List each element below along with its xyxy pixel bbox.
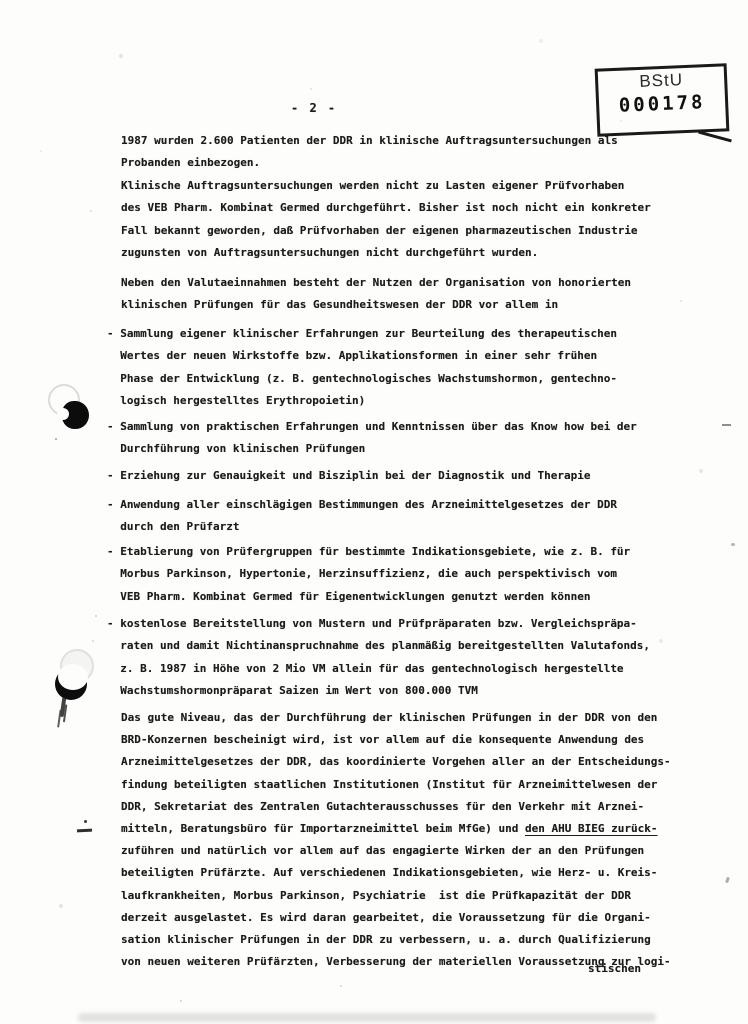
text-line: BRD-Konzernen bescheinigt wird, ist vor … xyxy=(121,729,671,751)
text-line: Das gute Niveau, das der Durchführung de… xyxy=(121,707,671,729)
page-number: - 2 - xyxy=(291,101,337,115)
bullet-item-knowhow: - Sammlung von praktischen Erfahrungen u… xyxy=(107,416,637,461)
ahu-line-prefix: mitteln, Beratungsbüro für Importarzneim… xyxy=(121,822,525,835)
text-line: Klinische Auftragsuntersuchungen werden … xyxy=(121,175,651,197)
text-line: VEB Pharm. Kombinat Germed für Eigenentw… xyxy=(107,586,630,608)
text-line: durch den Prüfarzt xyxy=(107,516,617,538)
text-line: klinischen Prüfungen für das Gesundheits… xyxy=(121,294,631,316)
text-line: Neben den Valutaeinnahmen besteht der Nu… xyxy=(121,272,631,294)
text-line: 1987 wurden 2.600 Patienten der DDR in k… xyxy=(121,130,651,152)
text-line: Wertes der neuen Wirkstoffe bzw. Applika… xyxy=(107,345,617,367)
text-line: des VEB Pharm. Kombinat Germed durchgefü… xyxy=(121,197,651,219)
text-line-ahu-bieg: mitteln, Beratungsbüro für Importarzneim… xyxy=(121,818,671,840)
scanned-document-page: - 2 - BStU 000178 1987 wurden 2.600 Pati… xyxy=(0,0,748,1024)
paragraph-niveau-part1: Das gute Niveau, das der Durchführung de… xyxy=(121,707,671,818)
ink-scribble-mark xyxy=(60,697,67,717)
bullet-item-etablierung: - Etablierung von Prüfergruppen für best… xyxy=(107,541,630,608)
bstu-stamp: BStU 000178 xyxy=(595,63,730,136)
text-line: Arzneimittelgesetzes der DDR, das koordi… xyxy=(121,751,671,773)
text-line: Phase der Entwicklung (z. B. gentechnolo… xyxy=(107,368,617,390)
text-line: laufkrankheiten, Morbus Parkinson, Psych… xyxy=(121,885,671,907)
text-line: z. B. 1987 in Höhe von 2 Mio VM allein f… xyxy=(107,658,650,680)
text-line: zuführen und natürlich vor allem auf das… xyxy=(121,840,671,862)
paragraph-valuta-intro: Neben den Valutaeinnahmen besteht der Nu… xyxy=(121,272,631,317)
text-line: Probanden einbezogen. xyxy=(121,152,651,174)
paragraph-niveau: Das gute Niveau, das der Durchführung de… xyxy=(121,707,671,973)
stamp-serial-number: 000178 xyxy=(599,90,726,117)
text-line: derzeit ausgelastet. Es wird daran gearb… xyxy=(121,907,671,929)
text-line: Wachstumshormonpräparat Saizen im Wert v… xyxy=(107,680,650,702)
text-line: - kostenlose Bereitstellung von Mustern … xyxy=(107,613,650,635)
margin-dot-mark xyxy=(84,820,87,823)
text-line: Fall bekannt geworden, daß Prüfvorhaben … xyxy=(121,220,651,242)
right-margin-mark-2 xyxy=(731,543,735,546)
right-margin-mark-1 xyxy=(722,424,731,426)
text-line: - Sammlung von praktischen Erfahrungen u… xyxy=(107,416,637,438)
text-line: sation klinischer Prüfungen in der DDR z… xyxy=(121,929,671,951)
text-line: - Etablierung von Prüfergruppen für best… xyxy=(107,541,630,563)
hole-punch-mark-1-notch xyxy=(57,408,69,420)
hole-punch-mark-2-mask xyxy=(58,664,88,690)
scan-shadow-bar xyxy=(78,1013,656,1022)
stamp-org-label: BStU xyxy=(598,68,725,93)
paragraph-patients: 1987 wurden 2.600 Patienten der DDR in k… xyxy=(121,130,651,264)
text-line: DDR, Sekretariat des Zentralen Gutachter… xyxy=(121,796,671,818)
ahu-bieg-underlined: den AHU BIEG zurück- xyxy=(525,822,657,835)
text-line: beteiligten Prüfärzte. Auf verschiedenen… xyxy=(121,862,671,884)
bullet-item-sammlung-erfahrungen: - Sammlung eigener klinischer Erfahrunge… xyxy=(107,323,617,413)
text-line: - Erziehung zur Genauigkeit und Biszipli… xyxy=(107,465,590,487)
text-line: raten und damit Nichtinanspruchnahme des… xyxy=(107,635,650,657)
stamp-border-tail xyxy=(698,131,732,143)
bullet-item-kostenlose-bereitstellung: - kostenlose Bereitstellung von Mustern … xyxy=(107,613,650,703)
text-line: Durchführung von klinischen Prüfungen xyxy=(107,438,637,460)
paragraph-niveau-part2: zuführen und natürlich vor allem auf das… xyxy=(121,840,671,973)
text-line: zugunsten von Auftragsuntersuchungen nic… xyxy=(121,242,651,264)
text-line: - Anwendung aller einschlägigen Bestimmu… xyxy=(107,494,617,516)
paper-noise xyxy=(0,0,2,2)
text-line: - Sammlung eigener klinischer Erfahrunge… xyxy=(107,323,617,345)
right-margin-mark-3 xyxy=(725,877,730,884)
bullet-item-erziehung: - Erziehung zur Genauigkeit und Biszipli… xyxy=(107,465,590,487)
margin-dash-mark xyxy=(77,829,92,832)
text-line: logisch hergestelltes Erythropoietin) xyxy=(107,390,617,412)
bullet-item-anwendung: - Anwendung aller einschlägigen Bestimmu… xyxy=(107,494,617,539)
overflow-word-stischen: stischen xyxy=(588,962,641,975)
text-line: findung beteiligten staatlichen Institut… xyxy=(121,774,671,796)
text-line: Morbus Parkinson, Hypertonie, Herzinsuff… xyxy=(107,563,630,585)
